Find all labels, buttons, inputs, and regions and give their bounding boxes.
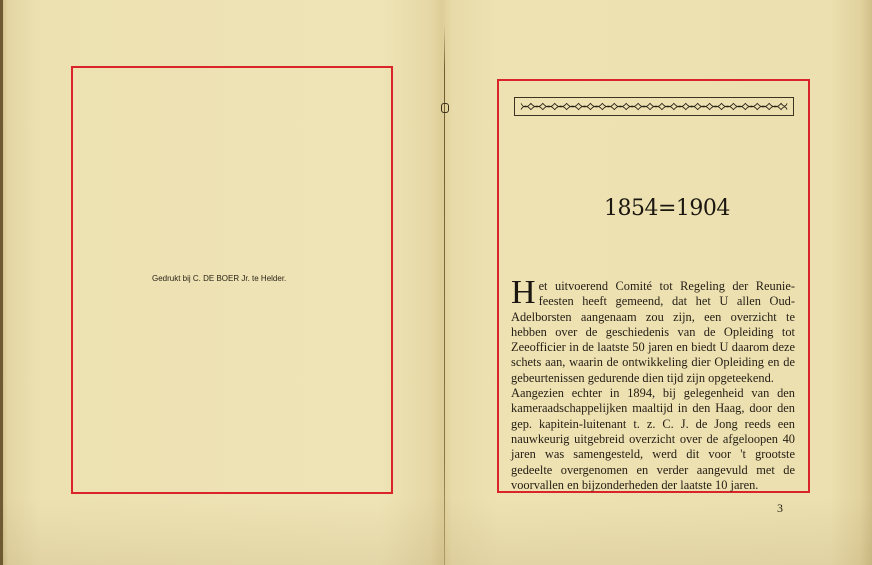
page-number: 3: [777, 501, 783, 516]
left-page: Gedrukt bij C. DE BOER Jr. te Helder.: [0, 0, 444, 565]
paragraph-2: Aangezien echter in 1894, bij gelegenhei…: [511, 386, 795, 493]
paragraph-1-text: et uitvoerend Comité tot Regeling der Re…: [511, 279, 795, 385]
drop-cap: H: [511, 280, 536, 306]
introduction-text: Het uitvoerend Comité tot Regeling der R…: [511, 279, 795, 493]
title-years: 1854=1904: [604, 196, 714, 221]
ornament-border-icon: [514, 97, 794, 116]
paragraph-1: Het uitvoerend Comité tot Regeling der R…: [511, 279, 795, 386]
book-spread: Gedrukt bij C. DE BOER Jr. te Helder. 18…: [0, 0, 872, 565]
printer-note: Gedrukt bij C. DE BOER Jr. te Helder.: [152, 274, 312, 283]
